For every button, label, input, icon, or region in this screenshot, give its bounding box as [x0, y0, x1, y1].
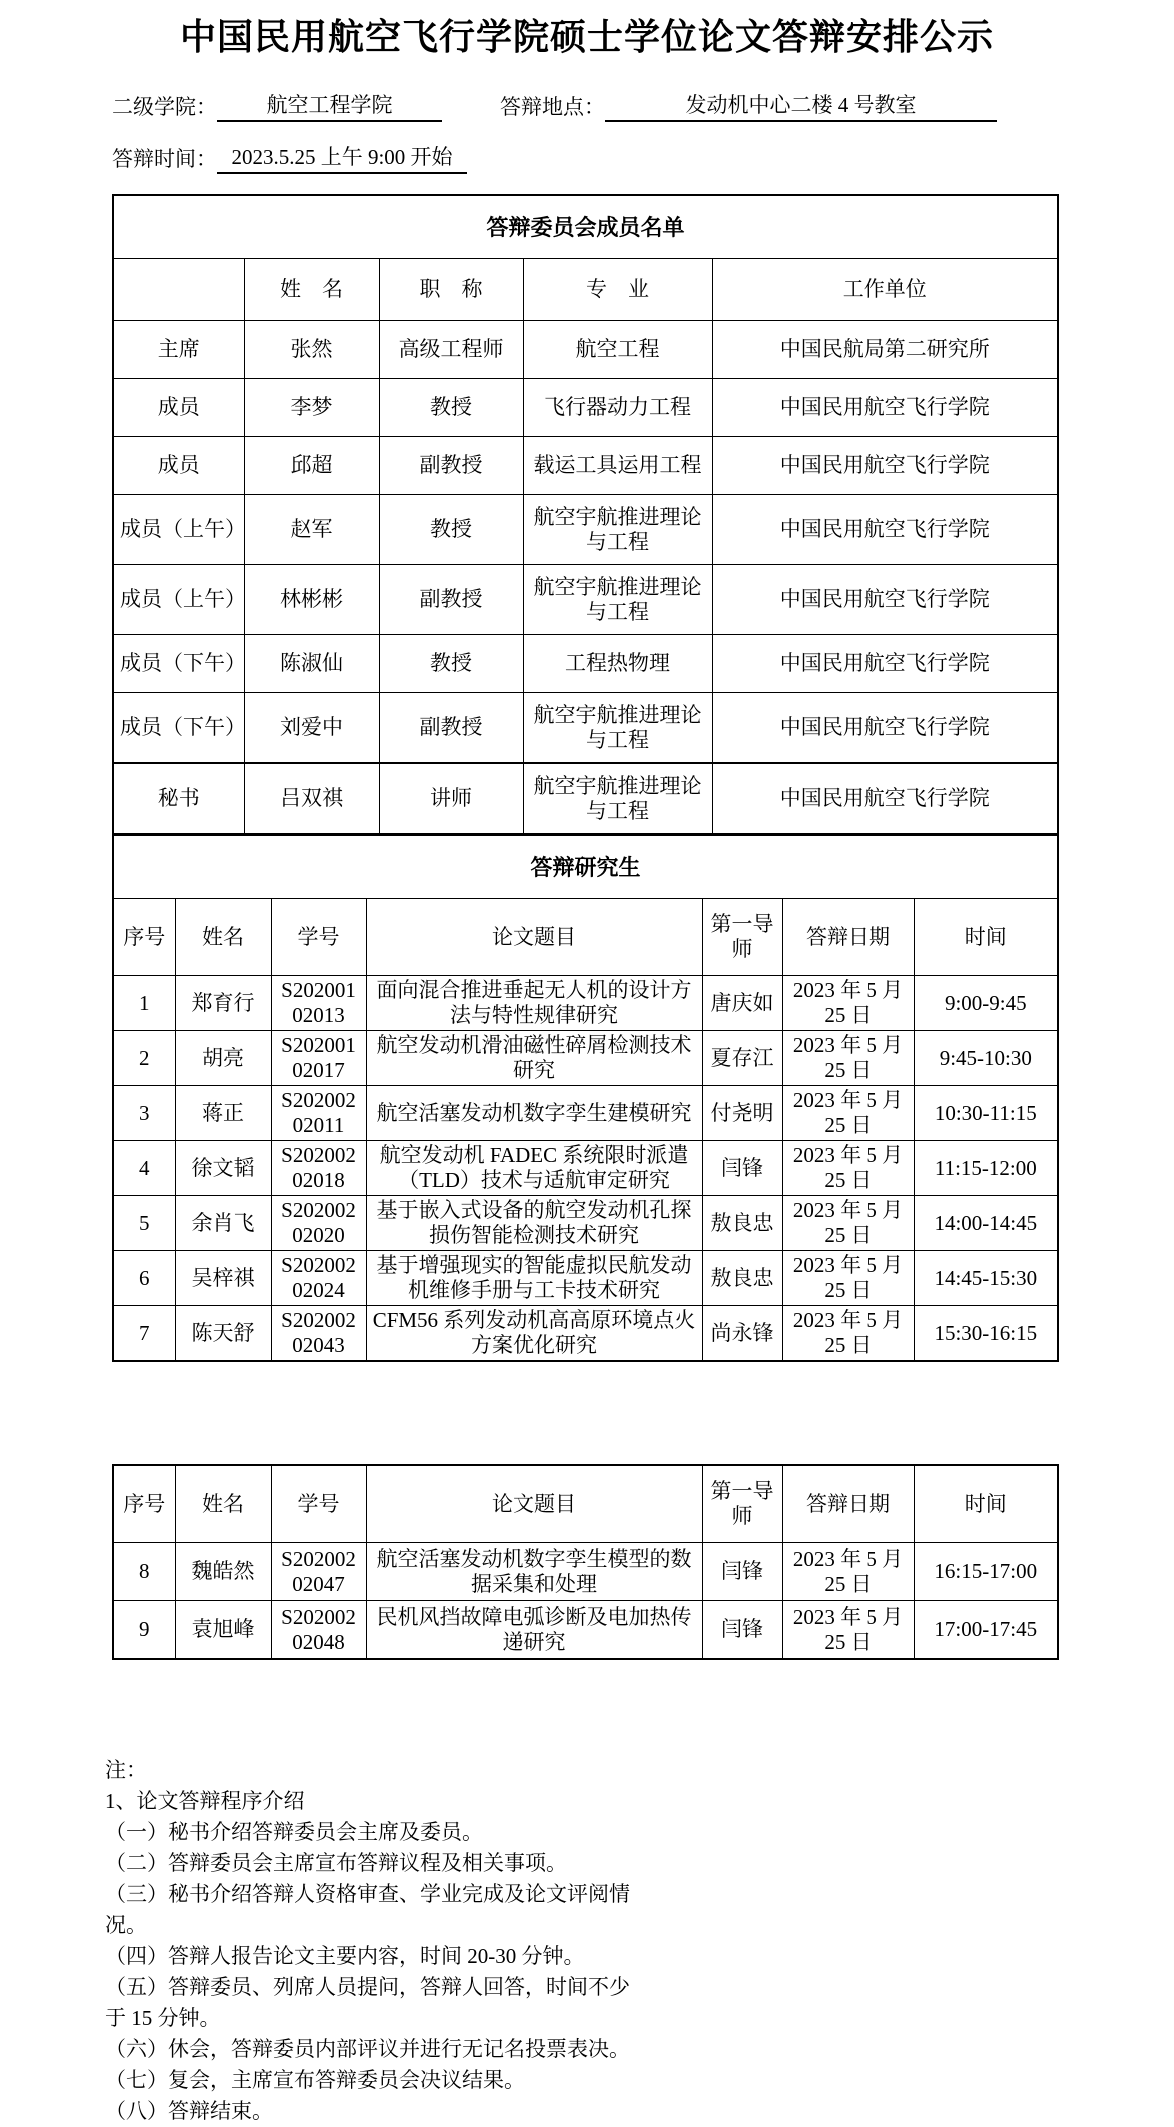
header-time: 时间: [914, 1465, 1058, 1543]
committee-row: 成员（下午） 陈淑仙 教授 工程热物理 中国民用航空飞行学院: [113, 635, 1058, 693]
cell-major: 航空宇航推进理论与工程: [523, 693, 712, 764]
cell-name: 吴梓祺: [175, 1251, 271, 1306]
students-table: 答辩研究生 序号 姓名 学号 论文题目 第一导师 答辩日期 时间 1 郑育行 S…: [112, 834, 1059, 1362]
cell-id: S20200202043: [271, 1306, 366, 1362]
header-no: 序号: [113, 899, 175, 976]
cell-no: 1: [113, 976, 175, 1031]
cell-date: 2023 年 5 月 25 日: [782, 1543, 914, 1601]
student-row: 2 胡亮 S20200102017 航空发动机滑油磁性碎屑检测技术研究 夏存江 …: [113, 1031, 1058, 1086]
cell-role: 成员（上午）: [113, 565, 244, 635]
cell-no: 9: [113, 1601, 175, 1660]
header-title: 职 称: [379, 259, 523, 321]
note-line: （七）复会，主席宣布答辩委员会决议结果。: [105, 2065, 650, 2096]
student-row: 6 吴梓祺 S20200202024 基于增强现实的智能虚拟民航发动机维修手册与…: [113, 1251, 1058, 1306]
header-no: 序号: [113, 1465, 175, 1543]
cell-major: 航空宇航推进理论与工程: [523, 763, 712, 834]
cell-name: 陈天舒: [175, 1306, 271, 1362]
time-value: 2023.5.25 上午 9:00 开始: [217, 142, 467, 174]
header-advisor: 第一导师: [702, 1465, 782, 1543]
cell-time: 10:30-11:15: [914, 1086, 1058, 1141]
cell-name: 余肖飞: [175, 1196, 271, 1251]
cell-name: 张然: [244, 321, 379, 379]
cell-no: 4: [113, 1141, 175, 1196]
cell-role: 秘书: [113, 763, 244, 834]
cell-no: 8: [113, 1543, 175, 1601]
location-value: 发动机中心二楼 4 号教室: [605, 90, 997, 122]
cell-title: 副教授: [379, 565, 523, 635]
header-time: 时间: [914, 899, 1058, 976]
cell-date: 2023 年 5 月 25 日: [782, 1306, 914, 1362]
cell-organization: 中国民用航空飞行学院: [712, 379, 1058, 437]
cell-advisor: 敖良忠: [702, 1251, 782, 1306]
cell-name: 徐文韬: [175, 1141, 271, 1196]
cell-thesis-title: 民机风挡故障电弧诊断及电加热传递研究: [366, 1601, 702, 1660]
note-line: （六）休会，答辩委员内部评议并进行无记名投票表决。: [105, 2034, 650, 2065]
cell-title: 副教授: [379, 437, 523, 495]
cell-advisor: 夏存江: [702, 1031, 782, 1086]
announcement-document: 中国民用航空飞行学院硕士学位论文答辩安排公示 二级学院： 航空工程学院 答辩地点…: [0, 0, 1174, 2127]
header-major: 专 业: [523, 259, 712, 321]
cell-thesis-title: CFM56 系列发动机高高原环境点火方案优化研究: [366, 1306, 702, 1362]
header-thesis-title: 论文题目: [366, 899, 702, 976]
cell-time: 16:15-17:00: [914, 1543, 1058, 1601]
cell-name: 郑育行: [175, 976, 271, 1031]
cell-no: 7: [113, 1306, 175, 1362]
cell-role: 成员（下午）: [113, 635, 244, 693]
cell-major: 航空工程: [523, 321, 712, 379]
cell-advisor: 敖良忠: [702, 1196, 782, 1251]
cell-no: 6: [113, 1251, 175, 1306]
cell-role: 成员: [113, 437, 244, 495]
cell-major: 航空宇航推进理论与工程: [523, 495, 712, 565]
cell-date: 2023 年 5 月 25 日: [782, 1031, 914, 1086]
cell-thesis-title: 基于增强现实的智能虚拟民航发动机维修手册与工卡技术研究: [366, 1251, 702, 1306]
cell-title: 讲师: [379, 763, 523, 834]
cell-no: 2: [113, 1031, 175, 1086]
committee-header-row: 姓 名 职 称 专 业 工作单位: [113, 259, 1058, 321]
cell-organization: 中国民用航空飞行学院: [712, 437, 1058, 495]
cell-name: 李梦: [244, 379, 379, 437]
header-info: 二级学院： 航空工程学院 答辩地点： 发动机中心二楼 4 号教室 答辩时间： 2…: [112, 90, 1057, 174]
cell-id: S20200202018: [271, 1141, 366, 1196]
students-header-row: 序号 姓名 学号 论文题目 第一导师 答辩日期 时间: [113, 899, 1058, 976]
committee-row: 成员（上午） 赵军 教授 航空宇航推进理论与工程 中国民用航空飞行学院: [113, 495, 1058, 565]
note-line: （三）秘书介绍答辩人资格审查、学业完成及论文评阅情况。: [105, 1879, 650, 1941]
cell-title: 教授: [379, 495, 523, 565]
header-thesis-title: 论文题目: [366, 1465, 702, 1543]
page-title: 中国民用航空飞行学院硕士学位论文答辩安排公示: [0, 12, 1174, 62]
students-section-title: 答辩研究生: [113, 835, 1058, 899]
cell-time: 14:00-14:45: [914, 1196, 1058, 1251]
student-row: 7 陈天舒 S20200202043 CFM56 系列发动机高高原环境点火方案优…: [113, 1306, 1058, 1362]
cell-no: 5: [113, 1196, 175, 1251]
student-row: 8 魏皓然 S20200202047 航空活塞发动机数字孪生模型的数据采集和处理…: [113, 1543, 1058, 1601]
note-line: 1、论文答辩程序介绍: [105, 1786, 650, 1817]
note-line: （二）答辩委员会主席宣布答辩议程及相关事项。: [105, 1848, 650, 1879]
cell-name: 赵军: [244, 495, 379, 565]
committee-row: 成员 李梦 教授 飞行器动力工程 中国民用航空飞行学院: [113, 379, 1058, 437]
committee-row: 主席 张然 高级工程师 航空工程 中国民航局第二研究所: [113, 321, 1058, 379]
cell-name: 吕双祺: [244, 763, 379, 834]
cell-thesis-title: 航空活塞发动机数字孪生建模研究: [366, 1086, 702, 1141]
student-row: 5 余肖飞 S20200202020 基于嵌入式设备的航空发动机孔探损伤智能检测…: [113, 1196, 1058, 1251]
cell-major: 飞行器动力工程: [523, 379, 712, 437]
college-value: 航空工程学院: [217, 90, 442, 122]
cell-name: 胡亮: [175, 1031, 271, 1086]
cell-date: 2023 年 5 月 25 日: [782, 1251, 914, 1306]
note-line: 注：: [105, 1755, 650, 1786]
header-name: 姓名: [175, 1465, 271, 1543]
time-label: 答辩时间：: [112, 144, 217, 174]
committee-section-row: 答辩委员会成员名单: [113, 195, 1058, 259]
header-id: 学号: [271, 899, 366, 976]
header-id: 学号: [271, 1465, 366, 1543]
committee-section-title: 答辩委员会成员名单: [113, 195, 1058, 259]
cell-advisor: 闫锋: [702, 1543, 782, 1601]
notes-section: 注： 1、论文答辩程序介绍 （一）秘书介绍答辩委员会主席及委员。 （二）答辩委员…: [105, 1755, 650, 2127]
cell-id: S20200202011: [271, 1086, 366, 1141]
committee-row: 成员（上午） 林彬彬 副教授 航空宇航推进理论与工程 中国民用航空飞行学院: [113, 565, 1058, 635]
cell-title: 教授: [379, 379, 523, 437]
committee-row: 秘书 吕双祺 讲师 航空宇航推进理论与工程 中国民用航空飞行学院: [113, 763, 1058, 834]
cell-date: 2023 年 5 月 25 日: [782, 1086, 914, 1141]
note-line: （一）秘书介绍答辩委员会主席及委员。: [105, 1817, 650, 1848]
cell-name: 蒋正: [175, 1086, 271, 1141]
cell-advisor: 闫锋: [702, 1141, 782, 1196]
cell-thesis-title: 航空发动机滑油磁性碎屑检测技术研究: [366, 1031, 702, 1086]
cell-time: 15:30-16:15: [914, 1306, 1058, 1362]
cell-date: 2023 年 5 月 25 日: [782, 976, 914, 1031]
cell-role: 成员（上午）: [113, 495, 244, 565]
cell-organization: 中国民航局第二研究所: [712, 321, 1058, 379]
students-section-row: 答辩研究生: [113, 835, 1058, 899]
student-row: 3 蒋正 S20200202011 航空活塞发动机数字孪生建模研究 付尧明 20…: [113, 1086, 1058, 1141]
cell-name: 魏皓然: [175, 1543, 271, 1601]
cell-organization: 中国民用航空飞行学院: [712, 763, 1058, 834]
cell-advisor: 尚永锋: [702, 1306, 782, 1362]
header-role: [113, 259, 244, 321]
cell-name: 林彬彬: [244, 565, 379, 635]
student-row: 4 徐文韬 S20200202018 航空发动机 FADEC 系统限时派遣（TL…: [113, 1141, 1058, 1196]
cell-name: 陈淑仙: [244, 635, 379, 693]
committee-table: 答辩委员会成员名单 姓 名 职 称 专 业 工作单位 主席 张然 高级工程师 航…: [112, 194, 1059, 835]
students-table-continued: 序号 姓名 学号 论文题目 第一导师 答辩日期 时间 8 魏皓然 S202002…: [112, 1464, 1059, 1660]
header-advisor: 第一导师: [702, 899, 782, 976]
cell-id: S20200102017: [271, 1031, 366, 1086]
cell-date: 2023 年 5 月 25 日: [782, 1601, 914, 1660]
cell-date: 2023 年 5 月 25 日: [782, 1141, 914, 1196]
cell-organization: 中国民用航空飞行学院: [712, 565, 1058, 635]
cell-title: 教授: [379, 635, 523, 693]
cell-date: 2023 年 5 月 25 日: [782, 1196, 914, 1251]
cell-advisor: 闫锋: [702, 1601, 782, 1660]
note-line: （四）答辩人报告论文主要内容，时间 20-30 分钟。: [105, 1941, 650, 1972]
cell-name: 袁旭峰: [175, 1601, 271, 1660]
cell-thesis-title: 基于嵌入式设备的航空发动机孔探损伤智能检测技术研究: [366, 1196, 702, 1251]
student-row: 9 袁旭峰 S20200202048 民机风挡故障电弧诊断及电加热传递研究 闫锋…: [113, 1601, 1058, 1660]
cell-time: 17:00-17:45: [914, 1601, 1058, 1660]
cell-id: S20200202048: [271, 1601, 366, 1660]
cell-name: 邱超: [244, 437, 379, 495]
cell-id: S20200202047: [271, 1543, 366, 1601]
note-line: （八）答辩结束。: [105, 2096, 650, 2127]
location-label: 答辩地点：: [500, 92, 605, 122]
cell-id: S20200102013: [271, 976, 366, 1031]
cell-no: 3: [113, 1086, 175, 1141]
header-name: 姓 名: [244, 259, 379, 321]
cell-advisor: 唐庆如: [702, 976, 782, 1031]
cell-organization: 中国民用航空飞行学院: [712, 495, 1058, 565]
cell-name: 刘爱中: [244, 693, 379, 764]
cell-organization: 中国民用航空飞行学院: [712, 693, 1058, 764]
committee-row: 成员（下午） 刘爱中 副教授 航空宇航推进理论与工程 中国民用航空飞行学院: [113, 693, 1058, 764]
cell-time: 9:45-10:30: [914, 1031, 1058, 1086]
committee-row: 成员 邱超 副教授 载运工具运用工程 中国民用航空飞行学院: [113, 437, 1058, 495]
info-line-2: 答辩时间： 2023.5.25 上午 9:00 开始: [112, 142, 1057, 174]
cell-thesis-title: 航空发动机 FADEC 系统限时派遣（TLD）技术与适航审定研究: [366, 1141, 702, 1196]
cell-major: 载运工具运用工程: [523, 437, 712, 495]
cell-role: 主席: [113, 321, 244, 379]
header-name: 姓名: [175, 899, 271, 976]
info-line-1: 二级学院： 航空工程学院 答辩地点： 发动机中心二楼 4 号教室: [112, 90, 1057, 122]
cell-title: 高级工程师: [379, 321, 523, 379]
cell-major: 工程热物理: [523, 635, 712, 693]
cell-thesis-title: 面向混合推进垂起无人机的设计方法与特性规律研究: [366, 976, 702, 1031]
cell-major: 航空宇航推进理论与工程: [523, 565, 712, 635]
cell-id: S20200202020: [271, 1196, 366, 1251]
cell-role: 成员（下午）: [113, 693, 244, 764]
cell-advisor: 付尧明: [702, 1086, 782, 1141]
cell-organization: 中国民用航空飞行学院: [712, 635, 1058, 693]
note-line: （五）答辩委员、列席人员提问，答辩人回答，时间不少于 15 分钟。: [105, 1972, 650, 2034]
cell-title: 副教授: [379, 693, 523, 764]
college-label: 二级学院：: [112, 92, 217, 122]
cell-time: 14:45-15:30: [914, 1251, 1058, 1306]
cell-id: S20200202024: [271, 1251, 366, 1306]
cell-time: 9:00-9:45: [914, 976, 1058, 1031]
cell-time: 11:15-12:00: [914, 1141, 1058, 1196]
cell-role: 成员: [113, 379, 244, 437]
header-date: 答辩日期: [782, 899, 914, 976]
students-header-row: 序号 姓名 学号 论文题目 第一导师 答辩日期 时间: [113, 1465, 1058, 1543]
header-organization: 工作单位: [712, 259, 1058, 321]
cell-thesis-title: 航空活塞发动机数字孪生模型的数据采集和处理: [366, 1543, 702, 1601]
header-date: 答辩日期: [782, 1465, 914, 1543]
student-row: 1 郑育行 S20200102013 面向混合推进垂起无人机的设计方法与特性规律…: [113, 976, 1058, 1031]
